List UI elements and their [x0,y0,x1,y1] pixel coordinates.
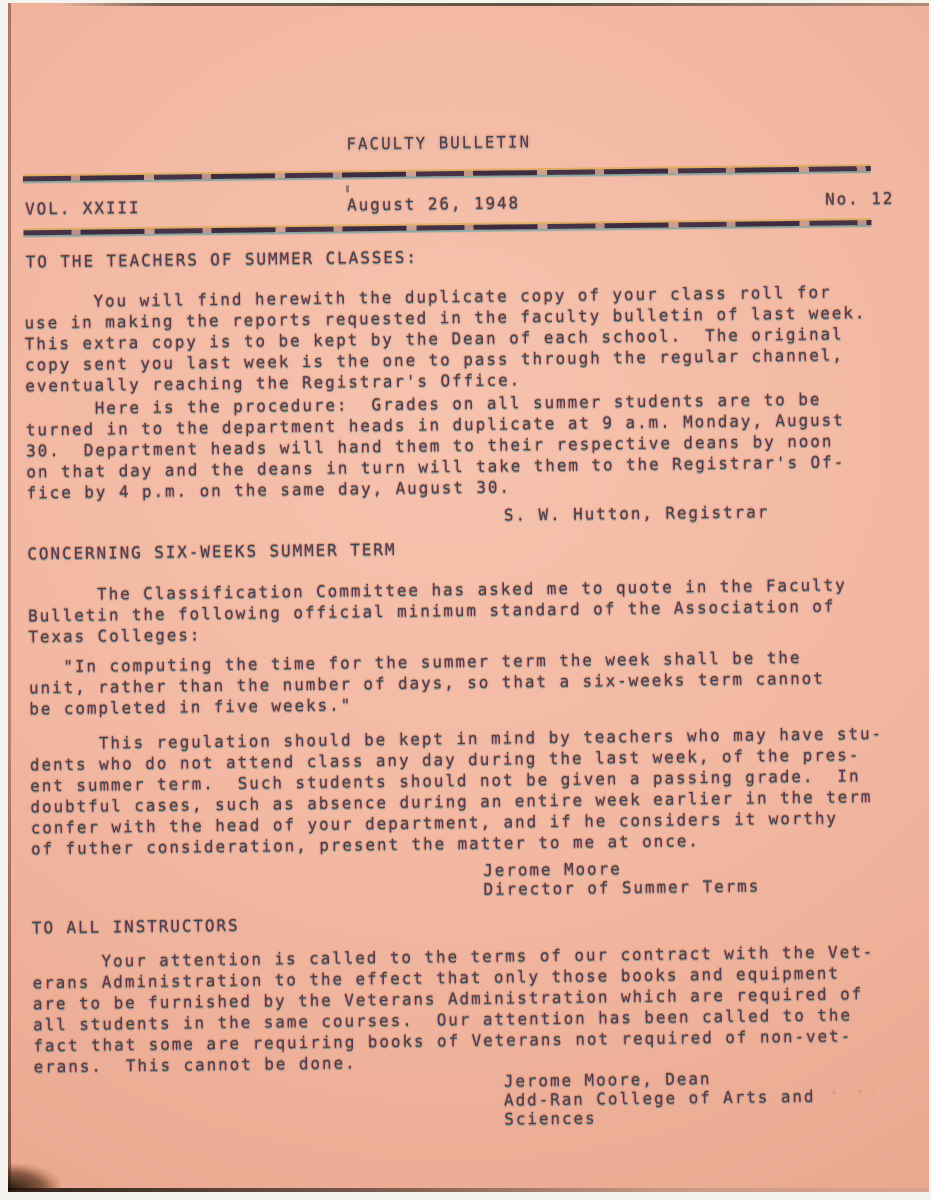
signature-block-summer-terms: Jerome Moore Director of Summer Terms [483,857,760,898]
page-content: FACULTY BULLETIN VOL. XXIII August 26, 1… [0,0,931,1200]
paragraph: Your attention is called to the terms of… [32,941,875,1077]
date-label: August 26, 1948 [347,192,520,215]
stray-ink-mark [346,185,349,192]
section-heading-instructors: TO ALL INSTRUCTORS [32,915,240,939]
paragraph-quote: "In computing the time for the summer te… [29,647,825,720]
section-heading-summer-term: CONCERNING SIX-WEEKS SUMMER TERM [27,539,396,565]
ink-smudge [826,1087,878,1098]
signature-block-registrar: S. W. Hutton, Registrar [504,502,769,524]
bulletin-title: FACULTY BULLETIN [346,131,531,154]
paragraph: The Classification Committee has asked m… [28,574,848,647]
paragraph: Here is the procedure: Grades on all sum… [26,388,846,503]
paragraph: You will find herewith the duplicate cop… [24,281,867,396]
section-heading-teachers: TO THE TEACHERS OF SUMMER CLASSES: [26,247,418,273]
paragraph: This regulation should be kept in mind b… [30,723,885,859]
divider-rule-top [23,166,871,181]
volume-label: VOL. XXIII [25,197,141,219]
scanned-bulletin-page: { "colors": { "paper": "#f2b7a1", "paper… [0,0,931,1200]
signature-block-dean: Jerome Moore, Dean Add-Ran College of Ar… [504,1068,816,1129]
divider-rule-bottom [23,220,871,235]
issue-label: No. 12 [825,188,894,210]
